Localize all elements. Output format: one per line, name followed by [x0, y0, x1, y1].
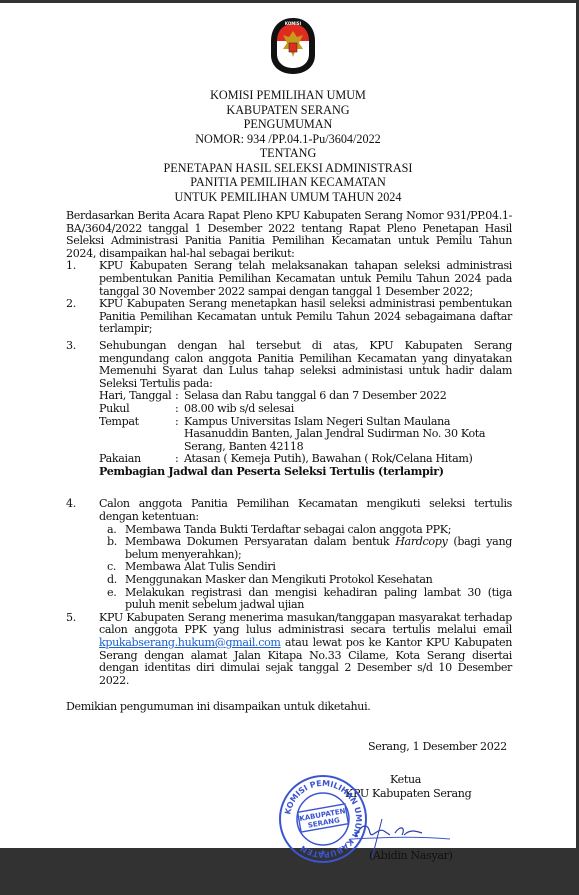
list-item: 3. Sehubungan dengan hal tersebut di ata… — [66, 340, 512, 390]
schedule-table: Hari, Tanggal : Selasa dan Rabu tanggal … — [66, 390, 512, 478]
item-number: 5. — [66, 612, 76, 625]
item-text: Sehubungan dengan hal tersebut di atas, … — [99, 339, 512, 390]
schedule-row: Tempat : Kampus Universitas Islam Negeri… — [99, 416, 512, 454]
list-item: 2. KPU Kabupaten Serang menetapkan hasil… — [66, 298, 512, 336]
svg-text:★: ★ — [319, 848, 326, 857]
org-regency: KABUPATEN SERANG — [0, 103, 576, 118]
item-text: KPU Kabupaten Serang menetapkan hasil se… — [99, 297, 512, 335]
schedule-value: Atasan ( Kemeja Putih), Bawahan ( Rok/Ce… — [184, 453, 512, 466]
letterhead: KOMISI PEMILIHAN UMUM KABUPATEN SERANG P… — [0, 88, 576, 204]
signatory-title: Ketua — [390, 773, 421, 786]
schedule-value: 08.00 wib s/d selesai — [184, 403, 512, 416]
org-name: KOMISI PEMILIHAN UMUM — [0, 88, 576, 103]
list-item: 1. KPU Kabupaten Serang telah melaksanak… — [66, 260, 512, 298]
item-text: KPU Kabupaten Serang telah melaksanakan … — [99, 259, 512, 297]
signatory-name: (Abidin Nasyar) — [369, 849, 453, 862]
doc-subject-2: PANITIA PEMILIHAN KECAMATAN — [0, 175, 576, 190]
document-body: Berdasarkan Berita Acara Rapat Pleno KPU… — [66, 210, 512, 714]
document-page: KOMISI KOMISI PEMILIHAN UMUM KABUPATEN S… — [0, 3, 576, 848]
doc-subject-1: PENETAPAN HASIL SELEKSI ADMINISTRASI — [0, 161, 576, 176]
requirements-list: a. Membawa Tanda Bukti Terdaftar sebagai… — [66, 524, 512, 612]
schedule-row: Pukul : 08.00 wib s/d selesai — [99, 403, 512, 416]
item-number: 3. — [66, 340, 76, 353]
intro-paragraph: Berdasarkan Berita Acara Rapat Pleno KPU… — [66, 210, 512, 260]
svg-text:KOMISI: KOMISI — [285, 21, 302, 26]
doc-tentang: TENTANG — [0, 146, 576, 161]
requirement-item: b. Membawa Dokumen Persyaratan dalam ben… — [107, 536, 512, 561]
schedule-key: Tempat — [99, 416, 175, 454]
schedule-key: Pakaian — [99, 453, 175, 466]
item-number: 2. — [66, 298, 76, 311]
list-item: 5. KPU Kabupaten Serang menerima masukan… — [66, 612, 512, 688]
schedule-row: Pakaian : Atasan ( Kemeja Putih), Bawaha… — [99, 453, 512, 466]
doc-subject-3: UNTUK PEMILIHAN UMUM TAHUN 2024 — [0, 190, 576, 205]
kpu-logo-icon: KOMISI — [270, 17, 316, 75]
place-date: Serang, 1 Desember 2022 — [368, 740, 507, 753]
requirement-item: e. Melakukan registrasi dan mengisi keha… — [107, 587, 512, 612]
item-number: 4. — [66, 498, 76, 511]
schedule-key: Pukul — [99, 403, 175, 416]
doc-number: NOMOR: 934 /PP.04.1-Pu/3604/2022 — [0, 132, 576, 147]
item-text: Calon anggota Panitia Pemilihan Kecamata… — [99, 497, 512, 523]
schedule-row: Hari, Tanggal : Selasa dan Rabu tanggal … — [99, 390, 512, 403]
list-item: 4. Calon anggota Panitia Pemilihan Kecam… — [66, 498, 512, 523]
doc-type: PENGUMUMAN — [0, 117, 576, 132]
email-link[interactable]: kpukabserang.hukum@gmail.com — [99, 636, 281, 649]
schedule-value: Kampus Universitas Islam Negeri Sultan M… — [184, 416, 512, 454]
schedule-note: Pembagian Jadwal dan Peserta Seleksi Ter… — [99, 466, 512, 479]
closing-text: Demikian pengumuman ini disampaikan untu… — [66, 701, 512, 714]
item-number: 1. — [66, 260, 76, 273]
